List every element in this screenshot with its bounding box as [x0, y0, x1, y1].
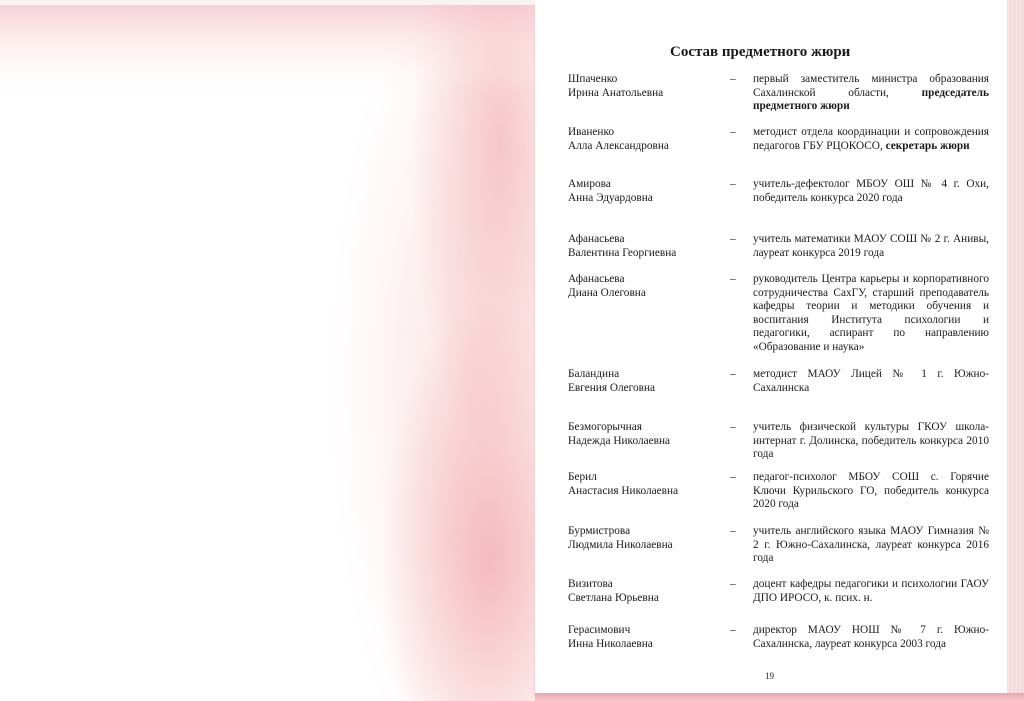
member-surname: Афанасьева — [568, 233, 730, 247]
jury-member-row: БерилАнастасия Николаевна–педагог-психол… — [568, 471, 993, 512]
left-page-top-edge — [0, 0, 535, 5]
member-name: БерилАнастасия Николаевна — [568, 471, 730, 512]
member-name: БезмогорычнаяНадежда Николаевна — [568, 421, 730, 462]
member-surname: Безмогорычная — [568, 421, 730, 435]
member-given-names: Евгения Олеговна — [568, 382, 730, 396]
member-role-text: директор МАОУ НОШ № 7 г. Южно-Сахалинска… — [753, 624, 989, 650]
member-role-text: педагог-психолог МБОУ СОШ с. Горячие Клю… — [753, 471, 989, 510]
member-role-text: руководитель Центра карьеры и корпоратив… — [753, 273, 989, 353]
member-surname: Бурмистрова — [568, 525, 730, 539]
member-role-text: учитель-дефектолог МБОУ ОШ № 4 г. Охи, п… — [753, 178, 989, 204]
member-jury-role: секретарь жюри — [886, 140, 970, 152]
member-given-names: Ирина Анатольевна — [568, 87, 730, 101]
page-bottom-edge — [535, 693, 1024, 701]
member-name: ВизитоваСветлана Юрьевна — [568, 578, 730, 605]
member-description: учитель-дефектолог МБОУ ОШ № 4 г. Охи, п… — [753, 178, 993, 205]
member-description: учитель математики МАОУ СОШ № 2 г. Анивы… — [753, 233, 993, 260]
member-description: руководитель Центра карьеры и корпоратив… — [753, 273, 993, 355]
member-role-text: учитель математики МАОУ СОШ № 2 г. Анивы… — [753, 233, 989, 259]
member-surname: Афанасьева — [568, 273, 730, 287]
member-name: ИваненкоАлла Александровна — [568, 126, 730, 153]
member-description: первый заместитель министра образования … — [753, 73, 993, 114]
member-surname: Герасимович — [568, 624, 730, 638]
dash-separator: – — [730, 178, 753, 205]
page-title: Состав предметного жюри — [670, 44, 950, 61]
member-description: методист МАОУ Лицей № 1 г. Южно-Сахалинс… — [753, 368, 993, 395]
member-surname: Берил — [568, 471, 730, 485]
member-description: доцент кафедры педагогики и психологии Г… — [753, 578, 993, 605]
jury-member-row: ГерасимовичИнна Николаевна–директор МАОУ… — [568, 624, 993, 651]
member-name: АфанасьеваВалентина Георгиевна — [568, 233, 730, 260]
member-role-text: учитель физической культуры ГКОУ школа-и… — [753, 421, 989, 460]
jury-member-row: ИваненкоАлла Александровна–методист отде… — [568, 126, 993, 153]
member-name: БурмистроваЛюдмила Николаевна — [568, 525, 730, 566]
jury-member-row: ШпаченкоИрина Анатольевна–первый замести… — [568, 73, 993, 114]
member-name: БаландинаЕвгения Олеговна — [568, 368, 730, 395]
member-surname: Шпаченко — [568, 73, 730, 87]
dash-separator: – — [730, 525, 753, 566]
member-description: методист отдела координации и сопровожде… — [753, 126, 993, 153]
member-description: учитель английского языка МАОУ Гимназия … — [753, 525, 993, 566]
member-role-text: методист МАОУ Лицей № 1 г. Южно-Сахалинс… — [753, 368, 989, 394]
dash-separator: – — [730, 73, 753, 114]
member-name: АфанасьеваДиана Олеговна — [568, 273, 730, 355]
member-surname: Амирова — [568, 178, 730, 192]
dash-separator: – — [730, 624, 753, 651]
dash-separator: – — [730, 578, 753, 605]
member-name: ШпаченкоИрина Анатольевна — [568, 73, 730, 114]
dash-separator: – — [730, 368, 753, 395]
dash-separator: – — [730, 471, 753, 512]
left-page-blank — [0, 0, 535, 701]
jury-member-row: ВизитоваСветлана Юрьевна–доцент кафедры … — [568, 578, 993, 605]
page-stack-edge — [1007, 0, 1024, 701]
member-surname: Баландина — [568, 368, 730, 382]
member-role-text: доцент кафедры педагогики и психологии Г… — [753, 578, 989, 604]
member-description: директор МАОУ НОШ № 7 г. Южно-Сахалинска… — [753, 624, 993, 651]
member-surname: Иваненко — [568, 126, 730, 140]
dash-separator: – — [730, 233, 753, 260]
member-given-names: Светлана Юрьевна — [568, 592, 730, 606]
member-given-names: Валентина Георгиевна — [568, 247, 730, 261]
dash-separator: – — [730, 273, 753, 355]
member-description: педагог-психолог МБОУ СОШ с. Горячие Клю… — [753, 471, 993, 512]
member-name: ГерасимовичИнна Николаевна — [568, 624, 730, 651]
jury-member-row: БезмогорычнаяНадежда Николаевна–учитель … — [568, 421, 993, 462]
dash-separator: – — [730, 126, 753, 153]
page-number: 19 — [765, 671, 774, 681]
member-given-names: Анна Эдуардовна — [568, 192, 730, 206]
member-given-names: Инна Николаевна — [568, 638, 730, 652]
member-given-names: Людмила Николаевна — [568, 539, 730, 553]
member-given-names: Диана Олеговна — [568, 287, 730, 301]
dash-separator: – — [730, 421, 753, 462]
member-name: АмироваАнна Эдуардовна — [568, 178, 730, 205]
member-surname: Визитова — [568, 578, 730, 592]
member-given-names: Анастасия Николаевна — [568, 485, 730, 499]
jury-member-row: БурмистроваЛюдмила Николаевна–учитель ан… — [568, 525, 993, 566]
jury-member-row: АфанасьеваДиана Олеговна–руководитель Це… — [568, 273, 993, 355]
member-role-text: учитель английского языка МАОУ Гимназия … — [753, 525, 989, 564]
jury-member-row: АфанасьеваВалентина Георгиевна–учитель м… — [568, 233, 993, 260]
jury-member-row: АмироваАнна Эдуардовна–учитель-дефектоло… — [568, 178, 993, 205]
member-given-names: Надежда Николаевна — [568, 435, 730, 449]
jury-member-row: БаландинаЕвгения Олеговна–методист МАОУ … — [568, 368, 993, 395]
member-description: учитель физической культуры ГКОУ школа-и… — [753, 421, 993, 462]
member-given-names: Алла Александровна — [568, 140, 730, 154]
right-page: Состав предметного жюри ШпаченкоИрина Ан… — [535, 5, 1007, 695]
